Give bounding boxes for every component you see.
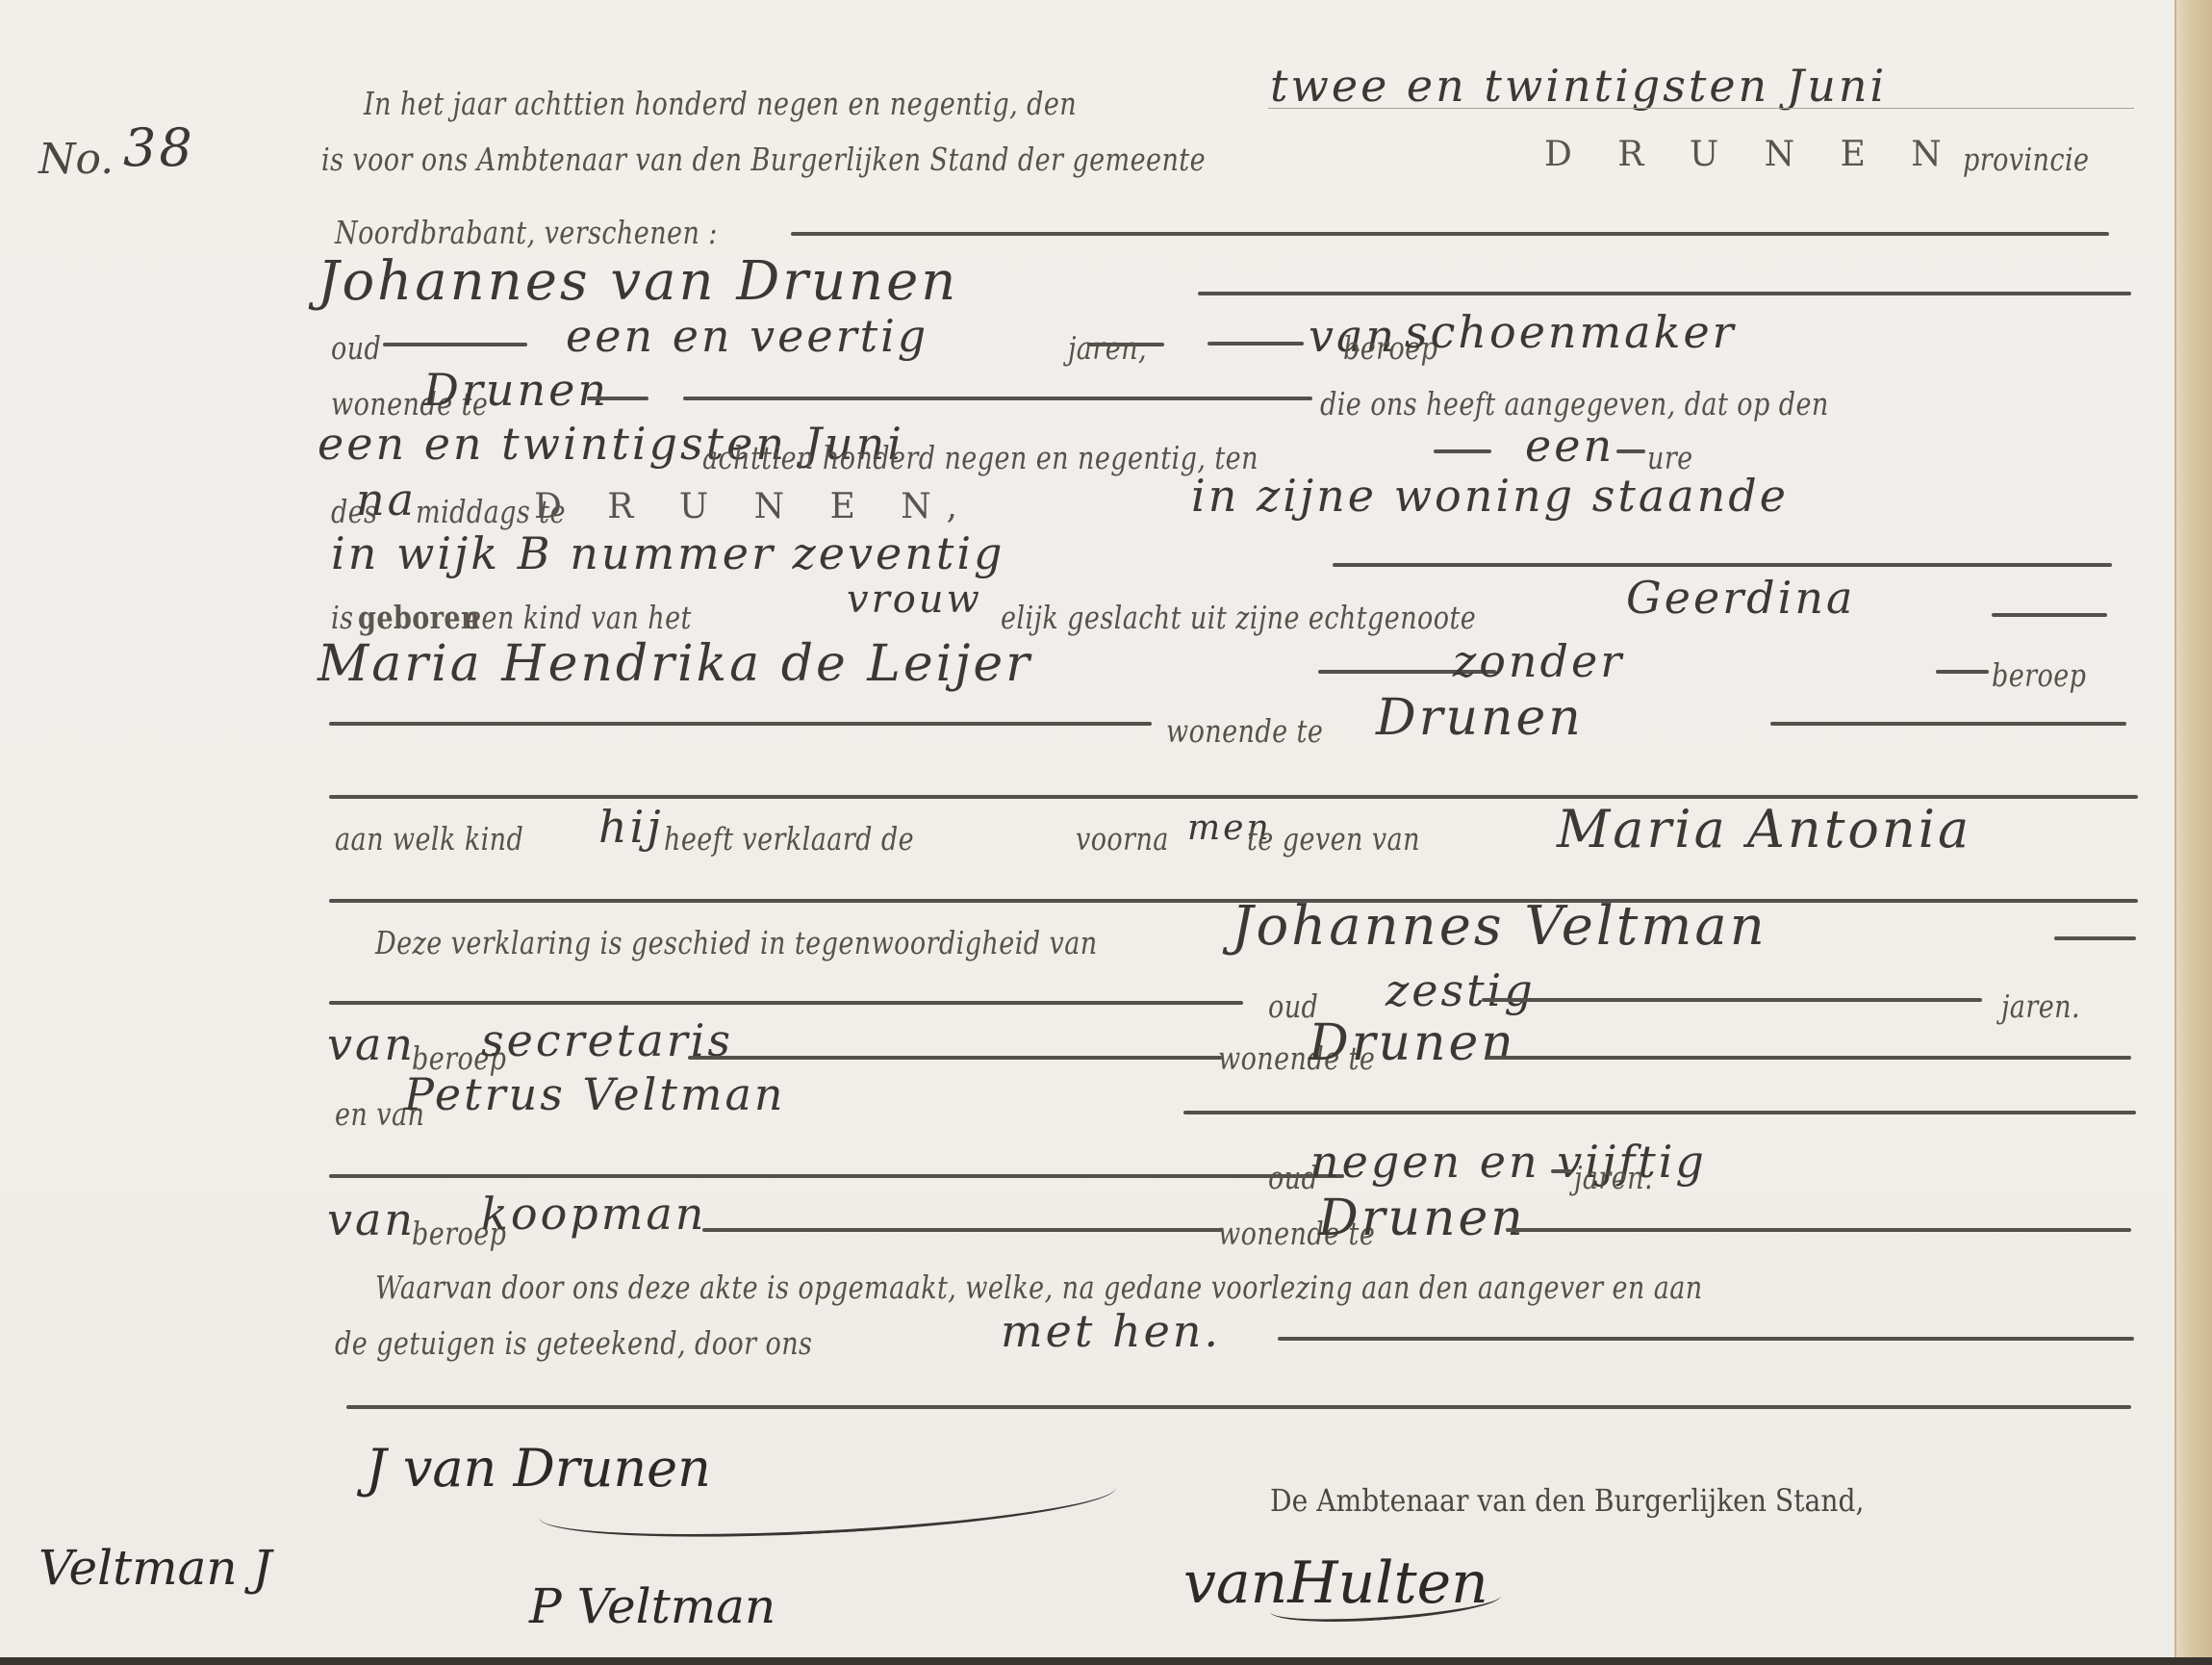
rule	[1333, 563, 2112, 567]
rule	[1487, 1056, 2131, 1060]
rule	[1482, 998, 1982, 1002]
municipality-name: D R U N E N	[1544, 135, 1959, 174]
intro-text: In het jaar achttien honderd negen en ne…	[364, 85, 1077, 122]
rule	[1551, 1169, 1572, 1173]
label-beroep-mother: beroep	[1992, 656, 2086, 694]
label-jaren: jaren,	[1068, 329, 1147, 367]
closing-text-2: de getuigen is geteekend, door ons	[335, 1324, 812, 1362]
rule	[329, 722, 1152, 726]
signature-witness2: P Veltman	[529, 1578, 775, 1634]
declarant-name: Johannes van Drunen	[318, 250, 958, 313]
rule	[329, 1174, 1344, 1178]
declarant-pronoun: hij	[598, 801, 664, 853]
child-given-names: Maria Antonia	[1557, 799, 1971, 859]
label-oud: oud	[331, 329, 381, 367]
rule	[1506, 1228, 2131, 1232]
registration-date: twee en twintigsten Juni	[1270, 60, 1887, 112]
rule	[1992, 613, 2107, 617]
birth-hour: een	[1525, 420, 1615, 472]
rule	[1936, 670, 1989, 674]
record-number-label: No.	[38, 135, 114, 184]
witness1-name: Johannes Veltman	[1232, 895, 1767, 958]
label-heeft-verklaard: heeft verklaard de	[664, 820, 914, 858]
mother-occupation: zonder	[1453, 635, 1624, 687]
child-sex: vrouw	[847, 577, 982, 622]
municipality-inline: D R U N E N,	[534, 487, 975, 526]
province-appeared: Noordbrabant, verschenen :	[335, 214, 718, 251]
witness1-residence: Drunen	[1309, 1014, 1516, 1072]
label-elijk: elijk geslacht uit zijne echtgenoote	[1001, 599, 1476, 636]
date-underline	[1268, 108, 2134, 109]
rule	[791, 232, 2109, 236]
intro-text-2: is voor ons Ambtenaar van den Burgerlijk…	[321, 141, 1206, 178]
label-achttien: achttien honderd negen en negentig, ten	[702, 439, 1259, 476]
rule	[683, 397, 1312, 400]
label-deze-verklaring: Deze verklaring is geschied in tegenwoor…	[375, 924, 1098, 961]
rule	[1208, 342, 1304, 346]
rule	[346, 1405, 2131, 1409]
label-is: is	[331, 599, 353, 636]
label-een-kind: een kind van het	[466, 599, 692, 636]
witness2-van: van	[327, 1193, 416, 1245]
label-geboren: geboren	[358, 599, 480, 636]
label-te-geven-van: te geven van	[1247, 820, 1420, 858]
rule	[587, 397, 648, 400]
rule	[688, 1056, 1222, 1060]
rule	[329, 1001, 1243, 1005]
label-die-ons: die ons heeft aangegeven, dat op den	[1320, 385, 1829, 423]
witness1-van: van	[327, 1018, 416, 1070]
closing-text-1: Waarvan door ons deze akte is opgemaakt,…	[375, 1268, 1703, 1306]
label-jaren-w1: jaren.	[2001, 987, 2080, 1025]
mother-first-name: Geerdina	[1626, 572, 1855, 624]
witness2-residence: Drunen	[1318, 1190, 1526, 1247]
label-wonende-te-mother: wonende te	[1166, 712, 1323, 750]
province-label: provincie	[1963, 141, 2089, 178]
birth-place-1: in zijne woning staande	[1191, 470, 1789, 522]
witness2-name: Petrus Veltman	[404, 1068, 786, 1120]
label-jaren-w2: jaren.	[1574, 1159, 1653, 1196]
declarant-occupation: schoenmaker	[1405, 306, 1737, 358]
mother-residence: Drunen	[1376, 689, 1584, 747]
scan-border	[0, 1657, 2212, 1665]
mother-name: Maria Hendrika de Leijer	[318, 635, 1032, 693]
rule	[702, 1228, 1222, 1232]
rule	[1198, 292, 2131, 295]
label-voorna: voorna	[1076, 820, 1169, 858]
afternoon-na: na	[356, 474, 417, 525]
rule	[1183, 1111, 2136, 1114]
witness2-occupation: koopman	[481, 1188, 706, 1240]
birth-place-2: in wijk B nummer zeventig	[331, 527, 1005, 579]
record-number: 38	[123, 117, 195, 178]
declarant-residence: Drunen	[423, 364, 609, 416]
rule	[1278, 1337, 2134, 1341]
rule	[2054, 936, 2136, 940]
declarant-age: een en veertig	[566, 310, 928, 362]
rule	[1770, 722, 2126, 726]
label-aan-welk-kind: aan welk kind	[335, 820, 523, 858]
rule	[383, 343, 527, 346]
rule	[1616, 449, 1645, 453]
witness1-age: zestig	[1386, 964, 1536, 1016]
registrar-title: De Ambtenaar van den Burgerlijken Stand,	[1270, 1482, 1864, 1519]
book-page-edge	[2174, 0, 2212, 1665]
signature-witness1: Veltman J	[38, 1540, 272, 1596]
rule	[1434, 449, 1491, 453]
signed-with: met hen.	[1001, 1305, 1221, 1357]
certificate-page: No. 38 In het jaar achttien honderd nege…	[0, 0, 2176, 1665]
